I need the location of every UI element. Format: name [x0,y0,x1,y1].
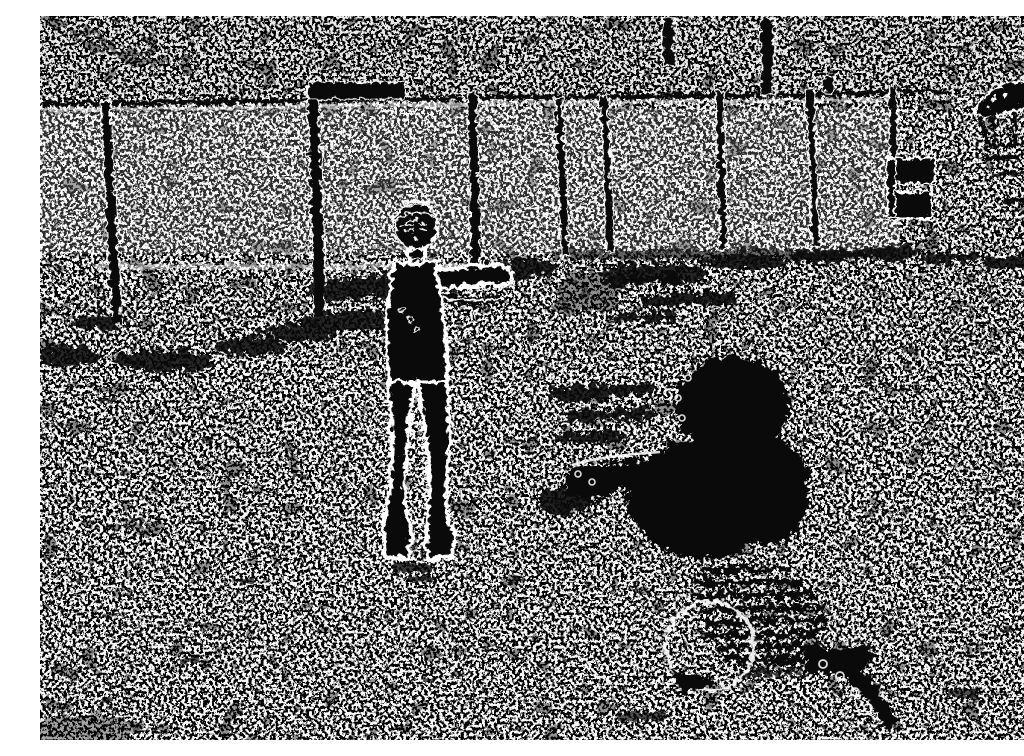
crouching-child-shoulder [725,431,805,541]
edge-detected-photo [40,16,1024,740]
foot-shadow [405,574,435,580]
standing-child-neck [407,246,422,262]
hedge-shadow-blob [209,333,281,351]
hedge-shadow-blob [551,266,619,310]
dark-bin-side [885,156,893,216]
hedge-shadow-blob [255,320,335,336]
hedge-shadow-blob [782,245,858,259]
shadow-streak [610,309,672,317]
car-roof-highlight [990,94,995,99]
fence-post-cap-bar [306,80,403,97]
hedge-shadow-blob [855,242,915,256]
sky-band-tone [40,16,1024,96]
fence-pole [759,16,772,93]
fence-post-knob [819,73,835,91]
hedge-shadow-blob [915,248,975,260]
ball [561,460,609,498]
fence-pole [661,16,673,65]
standing-child-arm [433,263,510,288]
hedge-shadow-blob [698,249,782,265]
car-roof-highlight [1001,92,1006,97]
photo-canvas [40,16,1024,740]
foot-shadow [390,562,430,570]
car-roof-highlight [985,104,989,108]
hedge-shadow-blob [72,310,124,326]
dark-bin-upper [888,156,933,182]
